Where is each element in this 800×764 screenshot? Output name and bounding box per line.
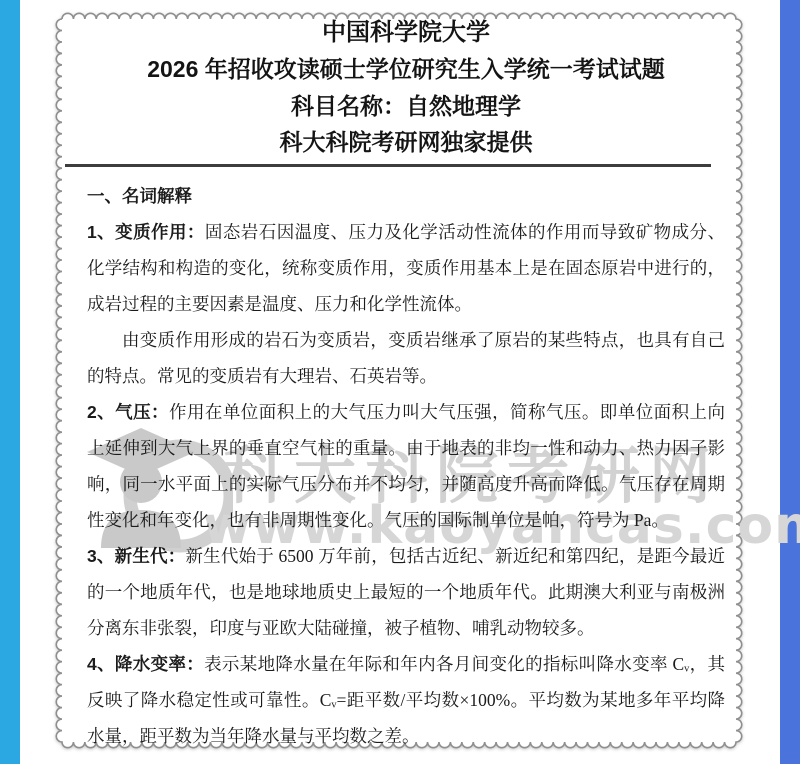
document-body: 一、名词解释 1、变质作用：固态岩石因温度、压力及化学活动性流体的作用而导致矿物…	[87, 178, 725, 754]
header-divider	[65, 164, 711, 167]
definition-item-1: 1、变质作用：固态岩石因温度、压力及化学活动性流体的作用而导致矿物成分、化学结构…	[87, 214, 725, 322]
right-border-stripe	[780, 0, 800, 764]
definition-item-4-label: 4、降水变率：	[87, 654, 204, 674]
definition-item-4: 4、降水变率：表示某地降水量在年际和年内各月间变化的指标叫降水变率 Cᵥ，其反映…	[87, 646, 725, 754]
left-border-stripe	[0, 0, 20, 764]
document-content: 中国科学院大学 2026 年招收攻读硕士学位研究生入学统一考试试题 科目名称：自…	[55, 12, 743, 749]
subject-name: 科目名称：自然地理学	[87, 88, 725, 124]
definition-item-2: 2、气压：作用在单位面积上的大气压力叫大气压强，简称气压。即单位面积上向上延伸到…	[87, 394, 725, 538]
provider-line: 科大科院考研网独家提供	[87, 124, 725, 160]
definition-item-3: 3、新生代：新生代始于 6500 万年前，包括古近纪、新近纪和第四纪，是距今最近…	[87, 538, 725, 646]
definition-item-3-label: 3、新生代：	[87, 546, 185, 566]
university-name: 中国科学院大学	[87, 14, 725, 51]
definition-item-2-label: 2、气压：	[87, 402, 169, 422]
definition-item-1-continuation-text: 由变质作用形成的岩石为变质岩，变质岩继承了原岩的某些特点，也具有自己的特点。常见…	[87, 330, 725, 386]
exam-title: 2026 年招收攻读硕士学位研究生入学统一考试试题	[87, 51, 725, 88]
page: { "page": { "left_stripe_color": "#2BA8E…	[0, 0, 800, 764]
document-header: 中国科学院大学 2026 年招收攻读硕士学位研究生入学统一考试试题 科目名称：自…	[87, 14, 725, 160]
section-title: 一、名词解释	[87, 178, 725, 214]
exam-document: 科大科院考研网 www.kaoyancas.com 中国科学院大学 2026 年…	[55, 12, 743, 749]
definition-item-1-continuation: 由变质作用形成的岩石为变质岩，变质岩继承了原岩的某些特点，也具有自己的特点。常见…	[87, 322, 725, 394]
definition-item-2-text: 作用在单位面积上的大气压力叫大气压强，简称气压。即单位面积上向上延伸到大气上界的…	[87, 402, 725, 530]
definition-item-1-label: 1、变质作用：	[87, 222, 205, 242]
